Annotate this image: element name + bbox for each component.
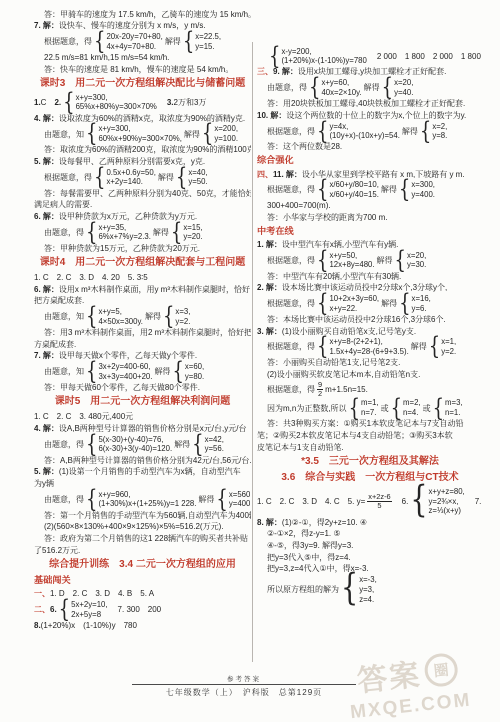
equation: 65%x+80%y=300×70% [76,102,157,112]
equation: 0.5x+0.6y=50, [106,168,155,178]
section-heading: 中考在线 [257,225,483,238]
text-run: (2)(560×8×130%+400×9×125%)×5%=516.2(万元). [44,521,223,532]
text-run: 为y辆 [34,478,54,489]
equation: x=42, [205,435,224,445]
system-lines: x=22.5,y=15. [195,32,221,51]
content-line: 三、9. 解：设用x块加工螺母,y块加工螺栓才正好配套. [257,66,483,77]
text-run: 1. [34,97,41,108]
equation: m=2, [403,398,421,408]
text-run: 3. [167,97,174,108]
equation: 4×50x=300y. [98,317,143,327]
content-line: 根据题意，得{x+y=8-(2+2+1),1.5x+4y=28-(6+9+3.5… [257,337,483,356]
text-run: 或 [423,403,431,414]
content-line: 6. 解：设甲种贷款为x万元，乙种贷款为y万元. [34,211,251,222]
text-run [159,97,167,108]
text-run: 由题意，知 [44,129,84,140]
text-run: 解得 [402,126,418,137]
system-lines: 10+2x+3y=60,x+y=22. [329,294,379,313]
equation: y=4x, [329,122,399,132]
content-line: 根据题意，得{0.5x+0.6y=50,x+2y=140. 解得{x=40,y=… [34,168,251,187]
content-line: 把方桌配成套. [34,295,251,306]
text-run: 课时5 用二元一次方程组解决利润问题 [55,395,231,409]
content-line: 根据题意，得{10+2x+3y=60,x+y=22. 解得{x=16,y=6. [257,294,483,313]
column-divider [252,42,253,662]
equation-system: {x=20,y=30. [395,251,427,270]
content-line: 由题意，知{x+y=5,4×50x=300y. 解得{x=3,y=2. [34,307,251,326]
equation-system: {x=300,y=400. [399,180,435,199]
equation-system: {x+y=960,(1+30%)x+(1+25%)y=1 228. [86,490,196,509]
content-line: 7. 解：设快车、慢车的速度分别为 x m/s，y m/s. [34,20,251,31]
text-run: 6. [394,496,409,507]
brace-glyph: { [86,489,97,510]
text-run: 由题意，得 [44,494,84,505]
system-lines: x=40,y=50. [188,168,207,187]
system-lines: x/60+y/80=10,x/60+y/40=15. [329,180,378,199]
brace-glyph: { [63,92,74,113]
system-lines: x=560,y=400. [229,490,251,509]
equation-system: {0.5x+0.6y=50,x+2y=140. [94,168,156,187]
system-lines: m=2,n=4. [403,398,421,417]
brace-glyph: { [317,293,328,314]
brace-glyph: { [317,121,328,142]
system-lines: x+y=300,60%x+90%y=300×70%, [98,124,181,143]
text-run: 解得 [381,298,397,309]
equation-system: {3x+2y=400-60,3x+3y=400+20. [86,362,152,381]
content-line: 所以原方程组的解为{x=-3,y=3,z=4. [257,575,483,604]
content-line: 根据题意，得{x+y=50,12x+8y=480. 解得{x=20,y=30. [257,251,483,270]
equation-system: {x=1,y=2. [429,337,456,356]
text-run: (1+20%)x (1-10%)y 780 [41,620,137,631]
section-heading: 课时5 用二元一次方程组解决利润问题 [34,395,251,409]
system-lines: x+y=60,40x=2×10y. [321,78,361,97]
equation-system: {x=40,y=50. [176,168,208,187]
system-lines: x=20,y=40. [394,78,413,97]
system-lines: x=2,y=8. [432,122,447,141]
content-line: 1. C 2. {x+y=300,65%x+80%y=300×70% 3. 2万… [34,93,251,112]
text-run: 解得 [158,172,174,183]
equation-system: {x=-3,y=3,z=4. [341,575,377,604]
text-run: 3. 解： [257,326,282,337]
text-run: 由题意，知 [44,366,84,377]
equation: x=22.5, [195,32,221,42]
equation: y=80. [185,372,204,382]
brace-glyph: { [86,434,97,455]
content-line: 6. 解：设用x m³木料制作桌面，用y m³木料制作桌腿时，恰好 [34,284,251,295]
equation-system: {x=200,y=100. [202,124,238,143]
text-run: 答：用20块铁板加工螺母,40块铁板加工螺栓才正好配套. [267,98,465,109]
equation: x+y=35, [98,223,150,233]
equation: (1+30%)x+(1+25%)y=1 228. [98,499,196,509]
content-line: ④-⑤，得3y=9. 解得y=3. [257,540,483,551]
text-run: 1. C 2. C 3. D 4. C 5. y= [257,496,365,507]
text-run: 答：本场比赛中该运动员投中2分球16个,3分球6个. [267,314,446,325]
text-run: 22.5 m/s=81 km/h,15 m/s=54 km/h. [44,52,169,63]
text-run: 把y=3代入⑤中，得z=4. [267,552,351,563]
content-line: 答：政府为第二个月销售的这1 228辆汽车的购买者共补贴 [34,533,251,544]
content-line: 根据题意，得92m+1.5n=15. [257,381,483,398]
equation: x+y=8-(2+2+1), [329,337,408,347]
equation-system: {x=16,y=6. [399,294,431,313]
text-run: 一、 [34,588,50,599]
content-line: 由题意，知{3x+2y=400-60,3x+3y=400+20. 解得{x=60… [34,362,251,381]
brace-glyph: { [86,361,97,382]
equation-system: {x-y=200,(1+20%)x-(1-10%)y=780 [269,47,367,66]
system-lines: x=20,y=30. [407,251,426,270]
text-run: 由题意，得 [44,227,84,238]
text-run: 解得 [184,129,200,140]
text-run: 解得 [145,311,161,322]
text-run: 由题意，知 [44,311,84,322]
text-run: 6. 解： [34,284,59,295]
text-run: 解得 [154,366,170,377]
equation-system: {x+y=50,12x+8y=480. [317,251,375,270]
content-line: 1. 解：设中型汽车有x辆,小型汽车有y辆. [257,239,483,250]
section-heading: 基础闯关 [34,574,251,587]
equation: 3x+3y=400+20. [98,372,152,382]
content-line: 把y=3,z=4代入①中，得x=-3. [257,563,483,574]
content-line: 答：快车的速度是 81 km/h，慢车的速度是 54 km/h。 [34,64,251,75]
content-line: 8. 解：(1)②-①，得2y+z=10. ④ [257,517,483,528]
text-run: 1. C 2. C 3. D 4. 20 5. 3∶5 [34,272,148,283]
equation: x=560, [229,490,251,500]
text-run: 中考在线 [257,225,294,238]
equation: y=2. [441,347,456,357]
equation-system: {y=4x,(10y+x)-(10x+y)=54. [317,122,400,141]
brace-glyph: { [216,489,227,510]
system-lines: x-y=200,(1+20%)x-(1-10%)y=780 [281,47,366,66]
system-lines: x+y=8-(2+2+1),1.5x+4y=28-(6+9+3.5). [329,337,408,356]
content-line: 答：中型汽车有20辆,小型汽车有30辆. [257,271,483,282]
text-run: 答：A,B两种型号计算器的销售价格分别为42元/台,56元/台. [44,455,251,466]
equation-system: {x+y=5,4×50x=300y. [86,307,143,326]
brace-glyph: { [317,337,328,358]
text-run: m+1.5n=15. [325,384,368,395]
equation: y=100. [214,134,238,144]
equation: 40x=2×10y. [321,88,361,98]
text-run: 满足病人的需要. [34,199,92,210]
equation: x+y=5, [98,307,143,317]
brace-glyph: { [399,180,410,201]
text-run: 解得 [165,36,181,47]
equation-system: {m=3,n=1. [433,398,463,417]
text-run: 6. 解： [34,211,59,222]
equation: y=15. [195,42,221,52]
text-run: 6. [50,604,57,615]
text-run: 1. C 2. C 3. 480元,400元 [34,411,133,422]
equation: 2x+5y=8 [71,610,107,620]
text-run: 答：取浓度为60%的酒精200克，取浓度为90%的酒精100克. [44,144,251,155]
text-run: 把方桌配成套. [34,295,84,306]
system-lines: x+y=5,4×50x=300y. [98,307,143,326]
brace-glyph: { [192,434,203,455]
content-line: 由题意，得{x+y=60,40x=2×10y. 解得{x=20,y=40. [257,78,483,97]
text-run: 根据题意，得 [267,255,315,266]
equation: x=20, [407,251,426,261]
text-run: 综合提升训练 3.4 二元一次方程组的应用 [49,558,236,572]
text-run: 答：中型汽车有20辆,小型汽车有30辆. [267,271,401,282]
equation: y=400. [229,499,251,509]
text-run: 7. 解： [34,350,59,361]
text-run: 答：用3 m³木料制作桌面，用2 m³木料制作桌腿时，恰好把 [44,327,251,338]
content-line: 答：用3 m³木料制作桌面，用2 m³木料制作桌腿时，恰好把 [34,327,251,338]
content-line: 四、11. 解：设小华从家里到学校平路有 x m,下坡路有 y m. [257,169,483,180]
system-lines: x=1,y=2. [441,337,456,356]
content-line: 由题意，得{x+y=960,(1+30%)x+(1+25%)y=1 228. 解… [34,490,251,509]
system-lines: x=60,y=80. [185,362,204,381]
equation-system: {x+y=35,6%x+7%y=2.3. [86,223,151,242]
content-line: 答：这个两位数是28. [257,141,483,152]
content-line: 把y=3代入⑤中，得z=4. [257,552,483,563]
equation-system: {x/60+y/80=10,x/60+y/40=15. [317,180,379,199]
text-run: 10. 解： [257,110,286,121]
system-lines: 5(x-30)+(y-40)=76,6(x-30)+3(y-40)=120. [98,435,172,454]
text-run: 答：小华家与学校的距离为700 m. [267,212,387,223]
content-line: 由题意，知{x+y=300,60%x+90%y=300×70%, 解得{x=20… [34,124,251,143]
equation: (10y+x)-(10x+y)=54. [329,131,399,141]
text-run: ④-⑤，得3y=9. 解得y=3. [267,540,353,551]
brace-glyph: { [317,250,328,271]
equation: x+y=960, [98,490,196,500]
text-run: 设这个两位数的十位上的数字为x,个位上的数字为y. [286,110,466,121]
equation: y=50. [188,177,207,187]
content-line: 根据题意，得{x/60+y/80=10,x/60+y/40=15. 解得{x=3… [257,180,483,199]
fraction: 92 [317,381,323,398]
equation: x=2, [432,122,447,132]
equation: y=30. [407,260,426,270]
equation-system: {x=20,y=40. [382,78,414,97]
equation: 60%x+90%y=300×70%, [98,134,181,144]
text-run: 1. 解： [257,239,282,250]
equation: x=300, [411,180,435,190]
system-lines: x=-3,y=3,z=4. [359,575,377,604]
brace-glyph: { [309,78,320,99]
content-line: 答：共3种购买方案：①购买1本软皮笔记本与7支自动铅 [257,418,483,429]
brace-glyph: { [420,121,431,142]
equation: (1+20%)x-(1-10%)y=780 [281,56,366,66]
brace-glyph: { [94,167,105,188]
system-lines: x+y=50,12x+8y=480. [329,251,374,270]
text-run: 综合强化 [257,154,294,167]
brace-glyph: { [433,398,444,419]
equation: y=2¾×x, [429,497,465,507]
content-line: 10. 解：设这个两位数的十位上的数字为x,个位上的数字为y. [257,110,483,121]
brace-glyph: { [183,31,194,52]
text-run: 皮笔记本与1支自动铅笔. [257,442,344,453]
equation: x+y=22. [329,304,379,314]
equation: x+2y=140. [106,177,155,187]
equation: m=1, [361,398,379,408]
equation-system: {x=22.5,y=15. [183,32,221,51]
equation-system: {m=1,n=7. [349,398,379,417]
equation: x+y=300, [76,93,157,103]
equation: x=3, [175,307,190,317]
text-run: ②-①×2，得z-y=1. ⑤ [267,528,341,539]
content-line: 笔；②购买2本软皮笔记本与4支自动铅笔；③购买3本软 [257,430,483,441]
content-line: 答：小丽购买自动铅笔1支,记号笔2支. [257,357,483,368]
brace-glyph: { [399,293,410,314]
text-run: 解得 [377,255,393,266]
text-run: 设用x m³木料制作桌面，用y m³木料制作桌腿时，恰好 [59,284,250,295]
equation-system: {x=2,y=8. [420,122,447,141]
equation: x-y=200, [281,47,366,57]
equation: 1.5x+4y=28-(6+9+3.5). [329,347,408,357]
text-run: 根据题意，得 [267,298,315,309]
equation: y=8. [432,131,447,141]
text-run: 答：政府为第二个月销售的这1 228辆汽车的购买者共补贴 [44,533,248,544]
text-run: 根据题意，得 [267,184,315,195]
text-run: 笔；②购买2本软皮笔记本与4支自动铅笔；③购买3本软 [257,430,453,441]
brace-glyph: { [86,306,97,327]
content-line: 3. 解：(1)设小丽购买自动铅笔x支,记号笔y支. [257,326,483,337]
text-run: 解得 [411,341,427,352]
text-run: *3.5 三元一次方程组及其解法 [301,455,439,469]
content-line: 根据题意，得{y=4x,(10y+x)-(10x+y)=54. 解得{x=2,y… [257,122,483,141]
brace-glyph: { [429,337,440,358]
text-run: 5. 解： [34,466,59,477]
equation: x+y=50, [329,251,374,261]
equation: x/60+y/80=10, [329,180,378,190]
text-run: 所以原方程组的解为 [267,584,339,595]
system-lines: x=15,y=20. [183,223,202,242]
equation: x=1, [441,337,456,347]
watermark-circle-icon: 圈 [423,651,459,687]
text-run: 解得 [153,227,169,238]
text-run: 答：这个两位数是28. [267,141,342,152]
system-lines: x=200,y=100. [214,124,238,143]
brace-glyph: { [391,398,402,419]
text-run: 答：小丽购买自动铅笔1支,记号笔2支. [267,357,400,368]
content-line: 7. 解：设甲每天做x个零件，乙每天做y个零件. [34,350,251,361]
equation: z=⅓(x+y) [429,506,465,516]
equation: y=40. [394,88,413,98]
text-run: 课时4 用二元一次方程组解决配套与工程问题 [40,256,246,270]
text-run: 因为m,n为正整数,所以 [267,403,347,414]
equation: x=15, [183,223,202,233]
equation: 12x+8y=480. [329,260,374,270]
content-line: 1. C 2. C 3. D 4. 20 5. 3∶5 [34,272,251,283]
content-line: 答：用20块铁板加工螺母,40块铁板加工螺栓才正好配套. [257,98,483,109]
brace-glyph: { [317,180,328,201]
brace-glyph: { [171,222,182,243]
equation: y=20. [183,232,202,242]
equation: 20x-20y=70+80, [106,32,162,42]
system-lines: x=3,y=2. [175,307,190,326]
content-line: 答：甲每天做60个零件，乙每天做80个零件. [34,382,251,393]
equation-system: {x+y=60,40x=2×10y. [309,78,362,97]
equation: m=3, [445,398,463,408]
text-run: (1)设小丽购买自动铅笔x支,记号笔y支. [282,326,416,337]
content-line: 答：甲种贷款为15万元，乙种贷款为20万元. [34,243,251,254]
equation-system: {x=3,y=2. [163,307,190,326]
equation-system: {m=2,n=4. [391,398,421,417]
section-heading: *3.5 三元一次方程组及其解法 [257,455,483,469]
content-line: 由题意，得{x+y=35,6%x+7%y=2.3. 解得{x=15,y=20. [34,223,251,242]
section-heading: 综合提升训练 3.4 二元一次方程组的应用 [34,558,251,572]
system-lines: 0.5x+0.6y=50,x+2y=140. [106,168,155,187]
system-lines: x+y=960,(1+30%)x+(1+25%)y=1 228. [98,490,196,509]
equation: x/60+y/40=15. [329,190,378,200]
equation: 5x+2y=10, [71,600,107,610]
text-run: 设本场比赛中该运动员投中2分球x个,3分球y个, [282,282,447,293]
text-run: 7. 52 [467,496,483,507]
brace-glyph: { [59,599,70,620]
equation: x+y+z=80, [429,487,465,497]
content-line: 2. 解：设本场比赛中该运动员投中2分球x个,3分球y个, [257,282,483,293]
content-line: 5. 解：(1)设第一个月销售的手动型汽车为x辆，自动型汽车 [34,466,251,477]
text-run: 设用x块加工螺母,y块加工螺栓才正好配套. [298,66,446,77]
text-run: 11. 解： [273,169,302,180]
text-run: 4. 解： [34,113,59,124]
content-line: 了516.2万元. [34,545,251,556]
equation: 5(x-30)+(y-40)=76, [98,435,172,445]
text-run: 设中型汽车有x辆,小型汽车有y辆. [282,239,398,250]
content-line: 1. C 2. C 3. D 4. C 5. y=x+2z-65 6. {x+y… [257,487,483,516]
equation: x=-3, [359,575,377,585]
text-run: 根据题意，得 [44,36,92,47]
text-run: 解得 [364,82,380,93]
denominator: 5 [376,502,382,510]
fraction: x+2z-65 [367,493,391,510]
text-run: 答：快车的速度是 81 km/h，慢车的速度是 54 km/h。 [44,64,233,75]
content-line: (2)(560×8×130%+400×9×125%)×5%=516.2(万元). [34,521,251,532]
equation: x=16, [412,294,431,304]
text-run: 8. [34,620,41,631]
equation-system: {x=560,y=400. [216,490,251,509]
system-lines: x+y=300,65%x+80%y=300×70% [76,93,157,112]
content-line: (2)设小丽购买软皮笔记本m本,自动铅笔n支. [257,369,483,380]
brace-glyph: { [86,222,97,243]
text-run: 二、 [34,604,50,615]
content-line: 答：小华家与学校的距离为700 m. [257,212,483,223]
text-run: 8. 解： [257,517,282,528]
text-run: 由题意，得 [267,82,307,93]
equation: x+y=60, [321,78,361,88]
equation: x=40, [188,168,207,178]
equation-system: {x+y=300,60%x+90%y=300×70%, [86,124,182,143]
content-line: 根据题意，得{20x-20y=70+80,4x+4y=70+80. 解得{x=2… [34,32,251,51]
system-lines: x=300,y=400. [411,180,435,199]
text-run: (1)②-①，得2y+z=10. ④ [282,517,367,528]
equation: n=1. [445,408,463,418]
equation: x=200, [214,124,238,134]
text-run: 答：甲骑车的速度为 17.5 km/h，乙骑车的速度为 15 km/h。 [44,9,251,20]
text-run: 4. 解： [34,423,59,434]
system-lines: x=16,y=6. [412,294,431,313]
equation: y=2. [175,317,190,327]
content-line: 皮笔记本与1支自动铅笔. [257,442,483,453]
text-run: (2)设小丽购买软皮笔记本m本,自动铅笔n支. [267,369,420,380]
equation-system: {x=60,y=80. [172,362,204,381]
equation: 4x+4y=70+80. [106,42,162,52]
text-run: 根据题意，得 [267,384,315,395]
equation-system: {x=15,y=20. [171,223,203,242]
content-line: 由题意，得{5(x-30)+(y-40)=76,6(x-30)+3(y-40)=… [34,435,251,454]
system-lines: y=4x,(10y+x)-(10x+y)=54. [329,122,399,141]
text-run: 解得 [381,184,397,195]
system-lines: 5x+2y=10,2x+5y=8 [71,600,107,619]
text-run: 2. 解： [257,282,282,293]
equation-system: {x=42,y=56. [192,435,224,454]
text-run: 根据题意，得 [267,341,315,352]
system-lines: x=42,y=56. [205,435,224,454]
equation: 6(x-30)+3(y-40)=120. [98,444,172,454]
section-heading: 3.6 综合与实践 一次方程组与CT技术 [257,471,483,485]
brace-glyph: { [163,306,174,327]
content-line: 方桌配成套. [34,339,251,350]
equation-system: {5(x-30)+(y-40)=76,6(x-30)+3(y-40)=120. [86,435,172,454]
system-lines: 20x-20y=70+80,4x+4y=70+80. [106,32,162,51]
equation: 6%x+7%y=2.3. [98,232,150,242]
